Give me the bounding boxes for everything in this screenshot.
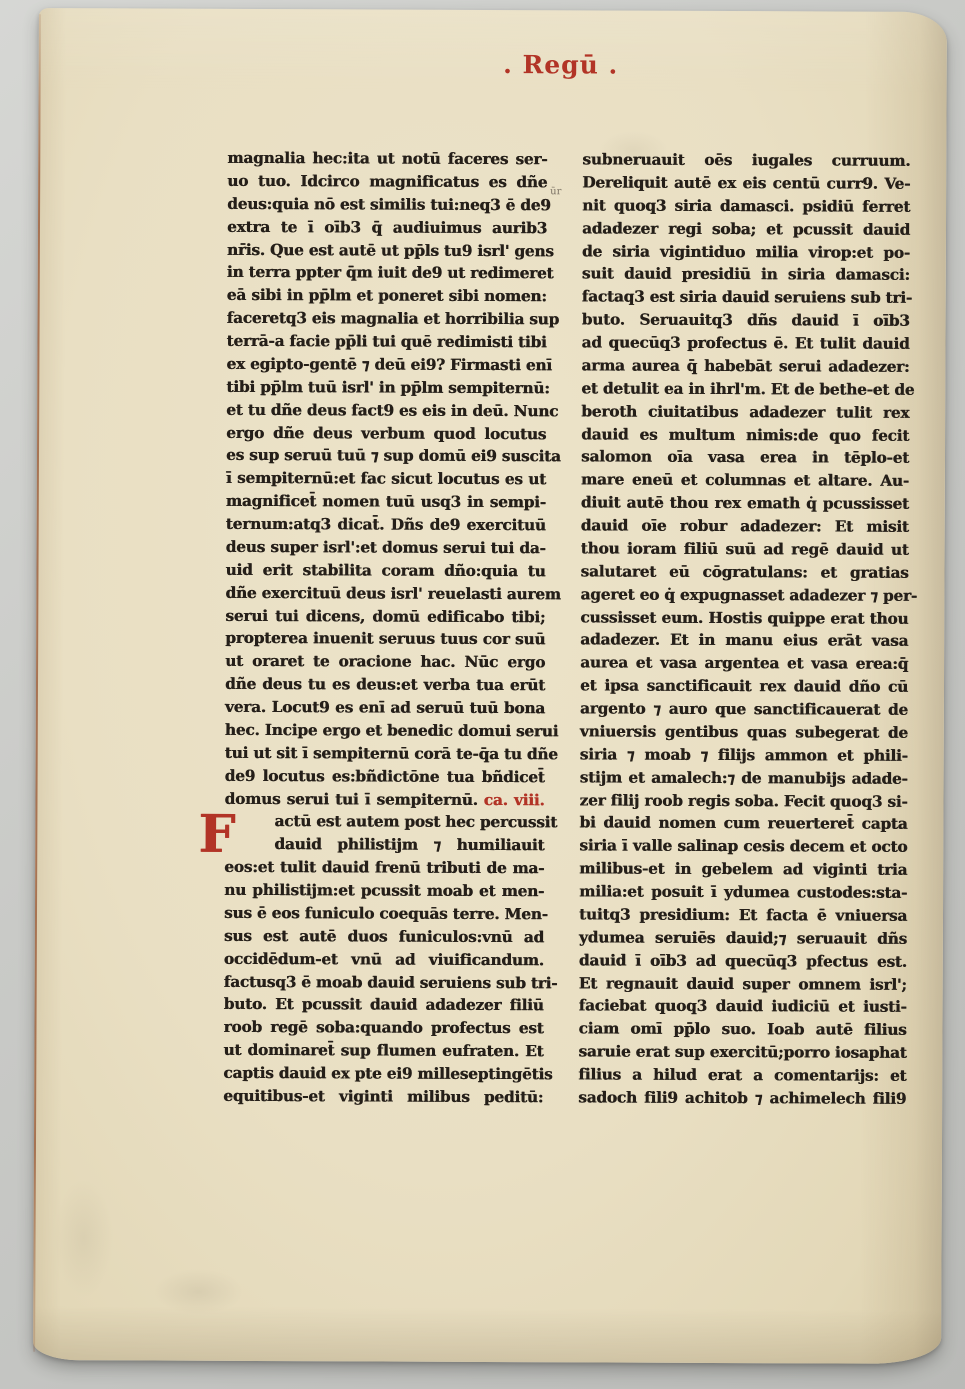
text-line: milia:et posuit ī ydumea custodes:sta- [579,880,907,904]
text-line: et tu dñe deus fact9 es eis in deū. Nunc [226,398,546,422]
text-line: tui ut sit ī sempiternū corā te-q̄a tu d… [225,742,545,766]
text-line: nr̄is. Que est autē ut pp̄ls tu9 isrl' g… [227,238,547,262]
text-line: zer filij roob regis soba. Fecit quoq3 s… [579,789,907,813]
text-line: eā sibi in pp̄lm et poneret sibi nomen: [227,284,547,308]
running-header: . Regū . [471,50,651,85]
text-line: vera. Locut9 es enī ad seruū tuū bona [225,696,545,720]
text-line: eos:et tulit dauid frenū tributi de ma- [224,856,544,880]
text-line: cussisset eum. Hostis quippe erat thou [580,606,908,630]
text-line: adadezer. Et in manu eius erāt vasa [580,629,908,653]
text-line: et ipsa sanctificauit rex dauid dño cū [580,675,908,699]
text-line: nit quoq3 siria damasci. psidiū ferret [582,194,910,218]
text-line: beroth ciuitatibus adadezer tulit rex [581,400,909,424]
text-line: bi dauid nomen cum reuerteret̄ capta [579,812,907,836]
text-line: domus serui tui ī sempiternū.ca. viii. [224,787,544,811]
text-line: suit dauid presidiū in siria damasci: [582,263,910,287]
scan-background: { "page": { "running_header": ". Regū ."… [0,0,965,1389]
text-line: faciebat quoq3 dauid iudiciū et iusti- [579,995,907,1019]
text-line: arma aurea q̄ habebāt serui adadezer: [581,354,909,378]
text-line: hec. Incipe ergo et benedic domui serui [225,719,545,743]
text-line: ergo dñe deus verbum quod locutus [226,421,546,445]
text-line: saruie erat sup exercitū;porro iosaphat [578,1041,906,1065]
text-line: aurea et vasa argentea et vasa erea:q̄ [580,652,908,676]
text-line: Dereliquit autē ex eis centū curr9. Ve- [582,171,910,195]
text-line: occidēdum-et vnū ad viuificandum. [224,947,544,971]
text-line: propterea inuenit seruus tuus cor suū [225,627,545,651]
text-line: extra te ī oīb3 q̄ audiuimus aurib3 [227,215,547,239]
text-line: et detulit ea in ihrl'm. Et de bethe-et … [581,377,909,401]
text-line: argento ⁊ auro que sanctificauerat de [580,697,908,721]
text-line: Et regnauit dauid super omnem isrl'; [579,972,907,996]
text-line: dñe deus tu es deus:et verba tua erūt [225,673,545,697]
text-line: siria ⁊ moab ⁊ filijs ammon et phili- [580,743,908,767]
text-line: milibus-et in gebelem ad viginti tria [579,858,907,882]
text-line: roob regē soba:quando profectus est [223,1016,543,1040]
text-line: serui tui dicens, domū edificabo tibi; [225,604,545,628]
text-line: adadezer regi soba; et pcussit dauid [582,217,910,241]
text-line: ciam omī pp̄lo suo. Ioab autē filius [578,1018,906,1042]
text-line: salomon oīa vasa erea in tēplo-et [581,446,909,470]
text-line: subneruauit oēs iugales curruum. [582,148,910,172]
marginal-note: ūr [550,186,576,197]
text-line: ex egipto-gentē ⁊ deū ei9? Firmasti enī [226,353,546,377]
text-line: dauid ī oīb3 ad quecūq3 pfectus est. [579,949,907,973]
text-line: deus:quia nō est similis tui:neq3 ē de9 [227,193,547,217]
text-line: captis dauid ex pte ei9 milleseptingētis [223,1062,543,1086]
text-line: dauid oīe robur adadezer: Et misit [581,514,909,538]
parchment-stain [53,1178,114,1298]
text-line: ut oraret te oracione hac. Nūc ergo [225,650,545,674]
text-line: stijm et amalech:⁊ de manubijs adade- [580,766,908,790]
text-column-right: subneruauit oēs iugales curruum.Dereliqu… [578,148,910,1110]
text-line: vniuersis gentibus quas subegerat de [580,720,908,744]
text-line: dñe exercituū deus isrl' reuelasti aurem [225,581,545,605]
text-line: dauid es multum nimis:de quo fecit [581,423,909,447]
text-line: ternum:atq3 dicat̄. Dñs de9 exercituū [226,513,546,537]
text-line: sadoch fili9 achitob ⁊ achimelech fili9 [578,1086,906,1110]
text-line: magnificet̄ nomen tuū usq3 in sempi- [226,490,546,514]
text-line: uo tuo. Idcirco magnificatus es dñe [227,170,547,194]
text-line: deus super isrl':et domus serui tui da- [226,536,546,560]
text-line: nu philistijm:et pcussit moab et men- [224,879,544,903]
text-line: de siria vigintiduo milia virop:et po- [582,240,910,264]
text-line: filius a hilud erat a comentarijs: et [578,1063,906,1087]
chapter-initial: F [198,812,246,860]
text-line: de9 locutus es:bñdictōne tua bñdicet̄ [225,764,545,788]
text-line: siria ī valle salinap cesis decem et oct… [579,835,907,859]
text-line: buto. Et pcussit dauid adadezer filiū [224,993,544,1017]
text-line: sus ē eos funiculo coequās terre. Men- [224,902,544,926]
text-line: salutaret eū cōgratulans: et gratias [580,560,908,584]
text-line: actū est autem post hec percussit [224,810,544,834]
text-line: sus est autē duos funiculos:vnū ad [224,925,544,949]
manuscript-page: . Regū . ūr magnalia hec:ita ut notū fac… [33,8,947,1364]
chapter-rubric: ca. viii. [478,790,545,808]
text-line: es sup seruū tuū ⁊ sup domū ei9 suscita [226,444,546,468]
text-column-left: magnalia hec:ita ut notū faceres ser-uo … [223,147,547,1109]
text-line: factusq3 ē moab dauid seruiens sub tri- [224,970,544,994]
text-line: ī sempiternū:et fac sicut locutus es ut [226,467,546,491]
text-line: in terra ppter q̄m iuit de9 ut redimeret [227,261,547,285]
text-line: ad quecūq3 profectus ē. Et tulit dauid [581,331,909,355]
text-line: uid erit stabilita coram dño:quia tu [225,559,545,583]
page-edge-line [33,14,41,1352]
text-line: terrā-a facie pp̄li tui quē redimisti ti… [226,330,546,354]
text-line: diuit autē thou rex emath q̇ pcussisset [581,492,909,516]
text-line: factaq3 est siria dauid seruiens sub tri… [582,286,910,310]
text-line: ut dominaret̄ sup flumen eufraten. Et [223,1039,543,1063]
text-line: tibi pp̄lm tuū isrl' in pp̄lm sempiternū… [226,376,546,400]
text-line: thou ioram filiū suū ad regē dauid ut [581,537,909,561]
text-line: equitibus-et viginti milibus peditū: [223,1085,543,1109]
text-line: faceretq3 eis magnalia et horribilia sup [227,307,547,331]
text-line: tuitq3 presidium: Et facta ē vniuersa [579,903,907,927]
text-line: ageret eo q̇ expugnasset adadezer ⁊ per- [580,583,908,607]
parchment-stain [153,1269,243,1315]
text-line: ydumea seruiēs dauid;⁊ seruauit dñs [579,926,907,950]
text-line: dauid philistijm ⁊ humiliauit [224,833,544,857]
text-line: buto. Seruauitq3 dñs dauid ī oīb3 [582,309,910,333]
text-line: magnalia hec:ita ut notū faceres ser- [227,147,547,171]
text-line: mare eneū et columnas et altare. Au- [581,469,909,493]
